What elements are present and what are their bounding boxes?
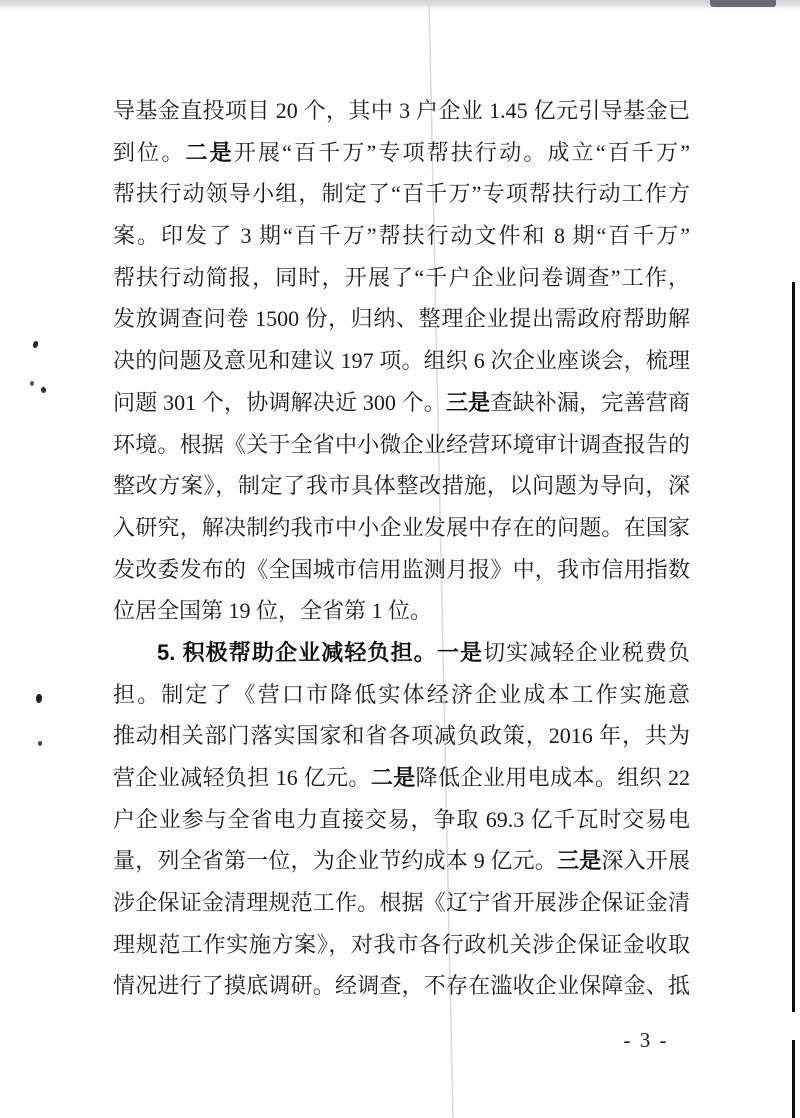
text-line: 发放调查问卷 1500 份，归纳、整理企业提出需政府帮助解: [113, 298, 690, 340]
text-line: 发改委发布的《全国城市信用监测月报》中，我市信用指数: [113, 549, 690, 591]
text-segment: 开展“百千万”专项帮扶行动。成立“百千万”: [234, 140, 690, 165]
text-segment: 切实减轻企业税费负: [483, 640, 690, 665]
text-segment: 发放调查问卷 1500 份，归纳、整理企业提出需政府帮助解: [113, 306, 690, 331]
text-segment: 帮扶行动领导小组，制定了“百千万”专项帮扶行动工作方: [113, 181, 690, 206]
text-line: 情况进行了摸底调研。经调查，不存在滥收企业保障金、抵: [113, 965, 690, 1007]
scan-top-right-smudge: [710, 0, 776, 7]
text-segment: 环境。根据《关于全省中小微企业经营环境审计调查报告的: [113, 432, 690, 457]
scan-ink-speck: [38, 741, 42, 746]
text-segment: 量，列全省第一位，为企业节约成本 9 亿元。: [113, 848, 557, 873]
text-line: 整改方案》，制定了我市具体整改措施，以问题为导向，深: [113, 465, 690, 507]
bold-text-segment: 三是: [446, 390, 490, 415]
text-segment: 担。制定了《营口市降低实体经济企业成本工作实施意见》，: [113, 682, 690, 716]
scan-right-edge-line: [792, 282, 795, 1012]
scanned-document-page: 导基金直投项目 20 个，其中 3 户企业 1.45 亿元引导基金已到位。二是开…: [0, 0, 800, 1118]
text-segment: 查缺补漏，完善营商: [490, 390, 690, 415]
text-segment: 到位。: [113, 140, 185, 165]
bold-text-segment: 一是: [437, 640, 483, 665]
text-segment: 发改委发布的《全国城市信用监测月报》中，我市信用指数: [113, 557, 690, 582]
text-segment: 案。印发了 3 期“百千万”帮扶行动文件和 8 期“百千万”: [113, 223, 690, 248]
bold-text-segment: 二是: [185, 140, 233, 165]
text-segment: 涉企保证金清理规范工作。根据《辽宁省开展涉企保证金清: [113, 890, 690, 915]
page-number: - 3 -: [616, 1028, 676, 1053]
text-line: 到位。二是开展“百千万”专项帮扶行动。成立“百千万”: [113, 132, 690, 174]
text-segment: 深入开展: [601, 848, 690, 873]
text-segment: 情况进行了摸底调研。经调查，不存在滥收企业保障金、抵: [113, 973, 690, 998]
text-line: 入研究，解决制约我市中小企业发展中存在的问题。在国家: [113, 507, 690, 549]
text-segment: 户企业参与全省电力直接交易，争取 69.3 亿千瓦时交易电: [113, 807, 690, 832]
text-line: 环境。根据《关于全省中小微企业经营环境审计调查报告的: [113, 424, 690, 466]
text-line: 量，列全省第一位，为企业节约成本 9 亿元。三是深入开展: [113, 840, 690, 882]
text-segment: 营企业减轻负担 16 亿元。: [113, 765, 371, 790]
text-line: 导基金直投项目 20 个，其中 3 户企业 1.45 亿元引导基金已: [113, 90, 690, 132]
text-line: 帮扶行动简报，同时，开展了“千户企业问卷调查”工作，: [113, 257, 690, 299]
text-segment: 推动相关部门落实国家和省各项减负政策，2016 年，共为民: [113, 723, 690, 757]
document-body: 导基金直投项目 20 个，其中 3 户企业 1.45 亿元引导基金已到位。二是开…: [113, 90, 690, 1007]
text-line: 位居全国第 19 位，全省第 1 位。: [113, 590, 690, 632]
text-segment: 降低企业用电成本。组织 22: [416, 765, 690, 790]
scan-right-edge-line: [792, 1040, 795, 1118]
text-line: 营企业减轻负担 16 亿元。二是降低企业用电成本。组织 22: [113, 757, 690, 799]
text-segment: 导基金直投项目 20 个，其中 3 户企业 1.45 亿元引导基金已: [113, 98, 690, 123]
text-line: 决的问题及意见和建议 197 项。组织 6 次企业座谈会，梳理: [113, 340, 690, 382]
text-line: 理规范工作实施方案》，对我市各行政机关涉企保证金收取: [113, 924, 690, 966]
text-segment: 问题 301 个，协调解决近 300 个。: [113, 390, 446, 415]
scan-top-edge-shadow: [0, 0, 800, 10]
text-segment: 整改方案》，制定了我市具体整改措施，以问题为导向，深: [113, 473, 690, 498]
text-line: 5. 积极帮助企业减轻负担。一是切实减轻企业税费负: [113, 632, 690, 674]
text-line: 户企业参与全省电力直接交易，争取 69.3 亿千瓦时交易电: [113, 799, 690, 841]
scan-ink-speck: [32, 341, 38, 349]
scan-ink-speck: [40, 386, 46, 393]
text-segment: 帮扶行动简报，同时，开展了“千户企业问卷调查”工作，: [113, 265, 690, 290]
text-segment: 决的问题及意见和建议 197 项。组织 6 次企业座谈会，梳理: [113, 348, 690, 373]
text-line: 帮扶行动领导小组，制定了“百千万”专项帮扶行动工作方: [113, 173, 690, 215]
text-line: 问题 301 个，协调解决近 300 个。三是查缺补漏，完善营商: [113, 382, 690, 424]
text-segment: 入研究，解决制约我市中小企业发展中存在的问题。在国家: [113, 515, 690, 540]
bold-text-segment: 5. 积极帮助企业减轻负担。: [157, 640, 437, 665]
text-line: 涉企保证金清理规范工作。根据《辽宁省开展涉企保证金清: [113, 882, 690, 924]
text-segment: 位居全国第 19 位，全省第 1 位。: [113, 598, 432, 623]
bold-text-segment: 三是: [557, 848, 601, 873]
text-segment: 理规范工作实施方案》，对我市各行政机关涉企保证金收取: [113, 932, 690, 957]
text-line: 案。印发了 3 期“百千万”帮扶行动文件和 8 期“百千万”: [113, 215, 690, 257]
text-line: 推动相关部门落实国家和省各项减负政策，2016 年，共为民: [113, 715, 690, 757]
scan-ink-speck: [30, 381, 34, 386]
scan-ink-speck: [36, 694, 42, 703]
bold-text-segment: 二是: [371, 765, 416, 790]
text-line: 担。制定了《营口市降低实体经济企业成本工作实施意见》，: [113, 674, 690, 716]
